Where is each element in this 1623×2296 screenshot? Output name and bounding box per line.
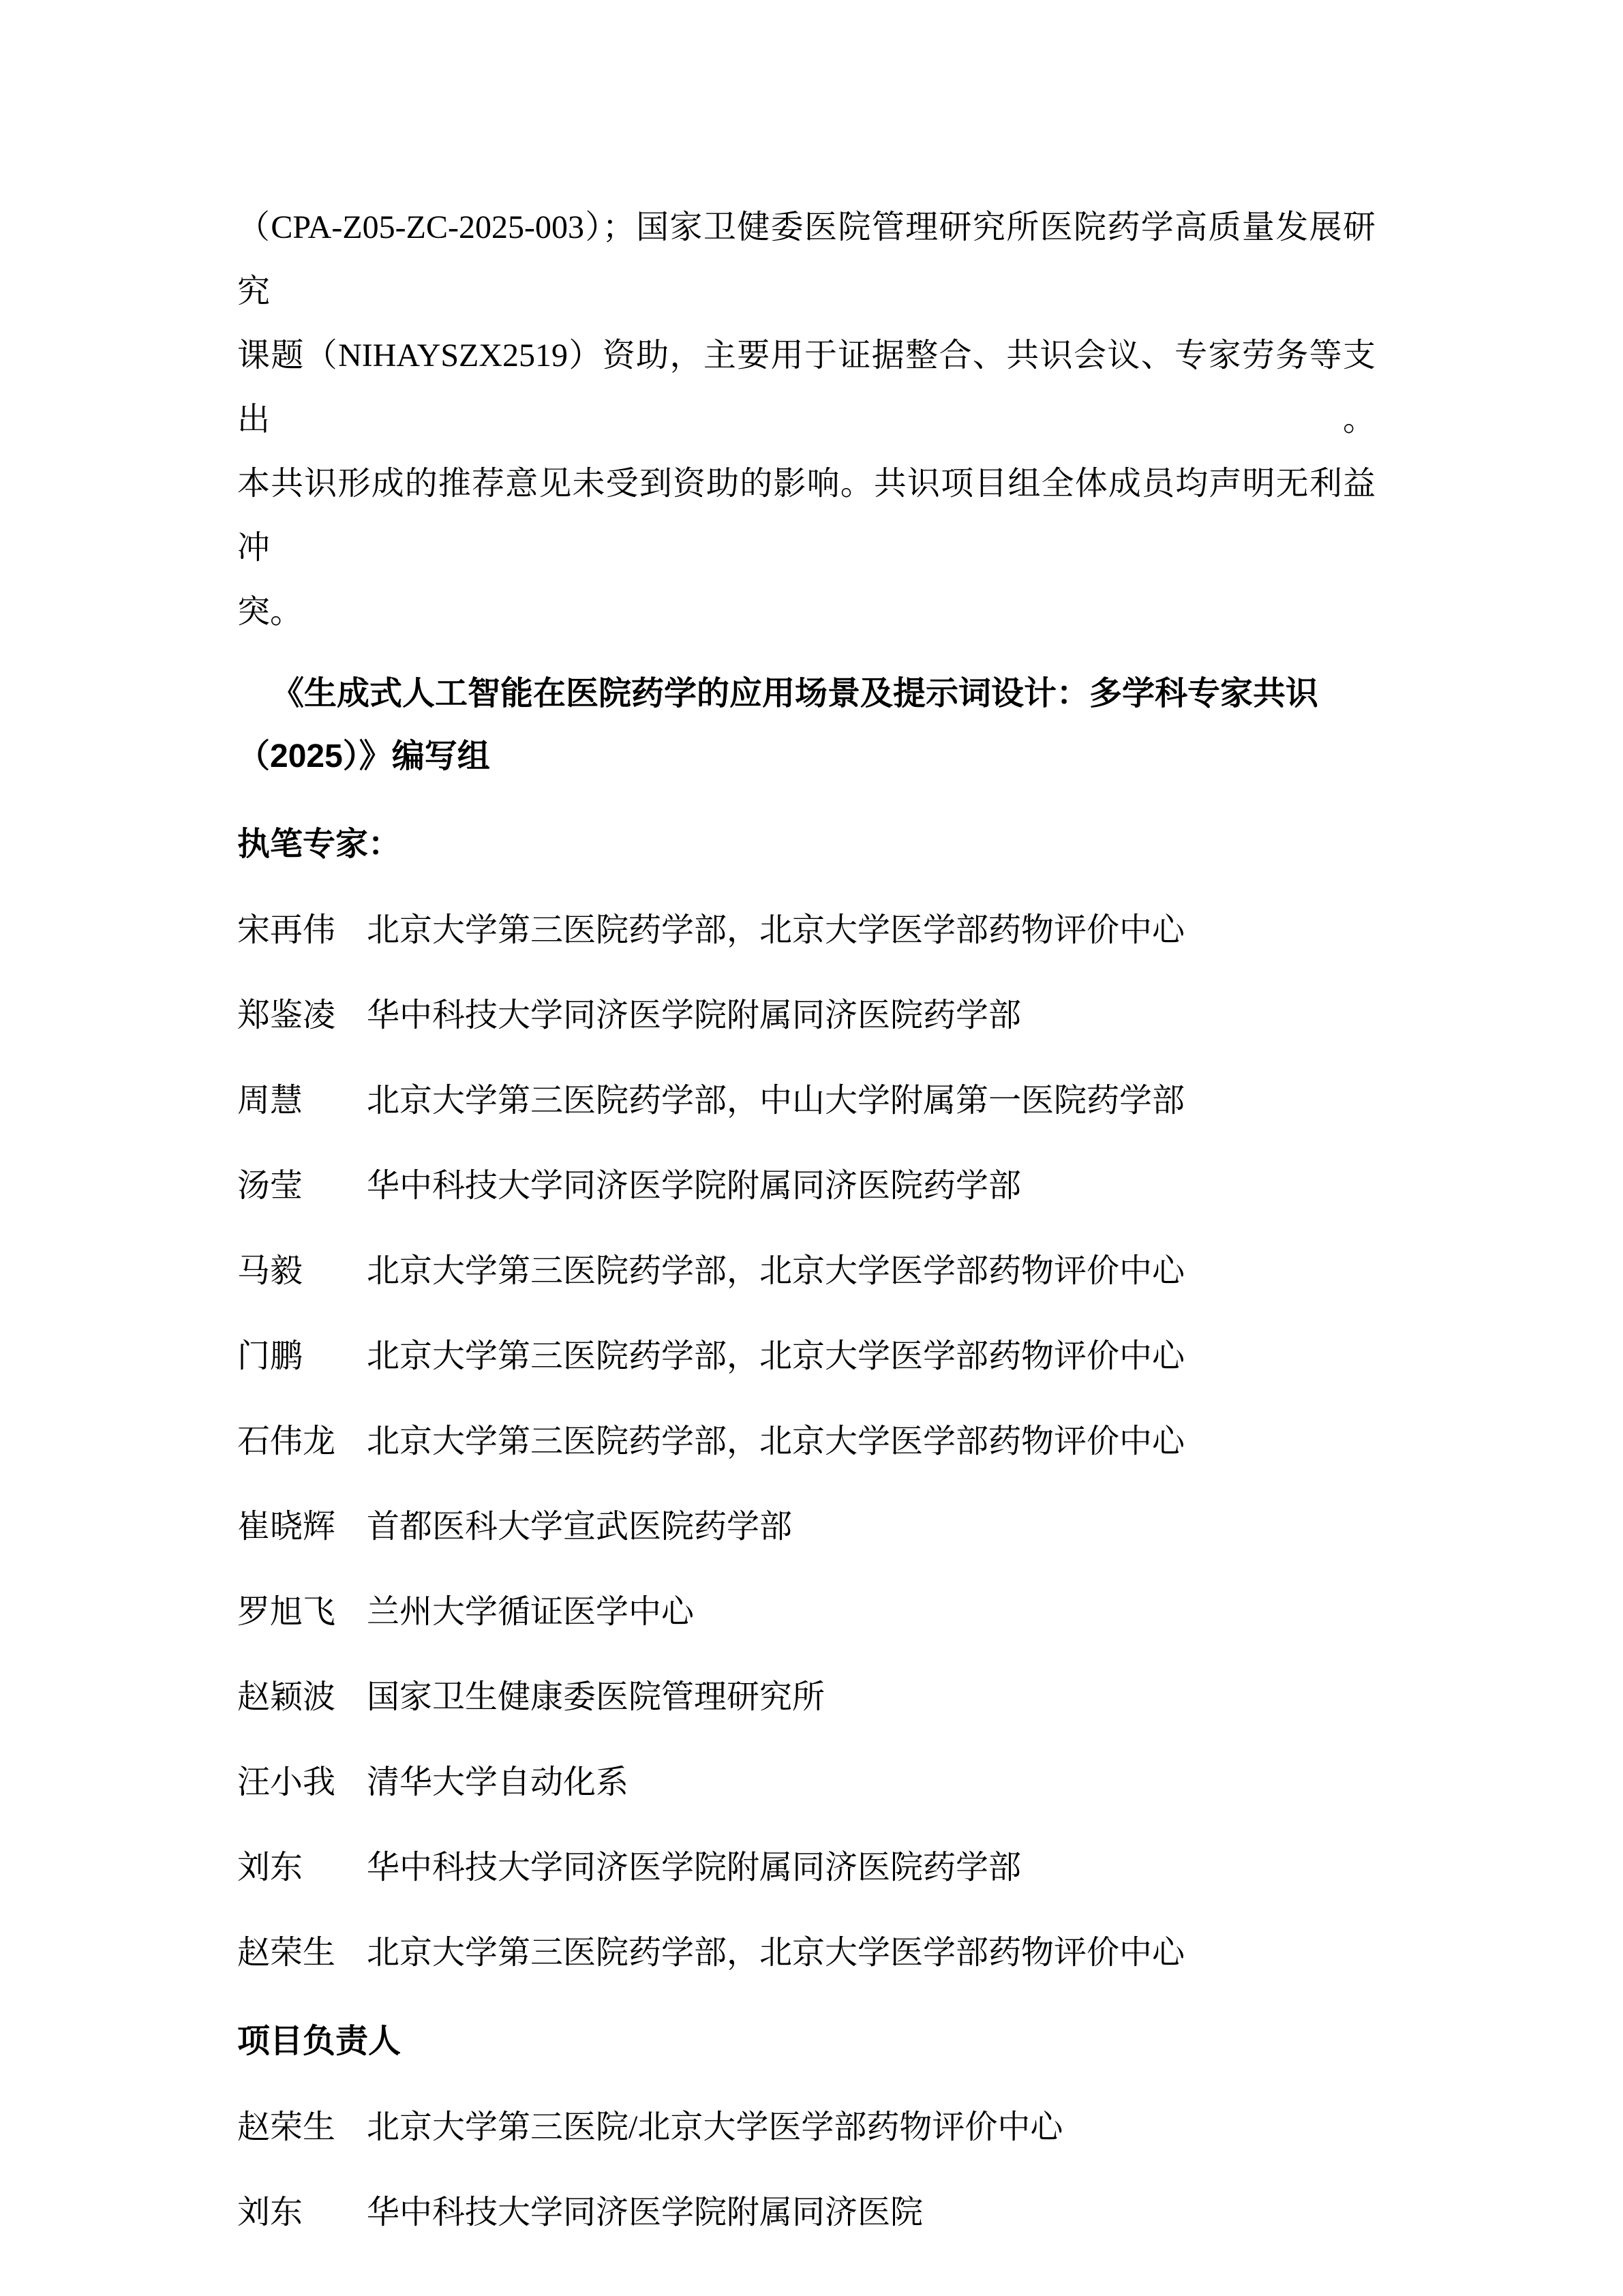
expert-name: 刘东 xyxy=(237,2181,367,2245)
expert-row: 马毅 北京大学第三医院药学部，北京大学医学部药物评价中心 xyxy=(237,1239,1376,1303)
section-heading-project-leads: 项目负责人 xyxy=(237,2010,1376,2074)
expert-list-authors: 宋再伟 北京大学第三医院药学部，北京大学医学部药物评价中心 郑鉴凌 华中科技大学… xyxy=(237,898,1376,1985)
expert-name: 赵颖波 xyxy=(237,1665,367,1729)
expert-name: 赵荣生 xyxy=(237,2096,367,2160)
expert-affiliation: 国家卫生健康委医院管理研究所 xyxy=(367,1665,1376,1729)
expert-row: 赵荣生 北京大学第三医院/北京大学医学部药物评价中心 xyxy=(237,2096,1376,2160)
expert-affiliation: 清华大学自动化系 xyxy=(367,1751,1376,1815)
document-page: （CPA-Z05-ZC-2025-003）；国家卫健委医院管理研究所医院药学高质… xyxy=(0,0,1623,2296)
expert-name: 罗旭飞 xyxy=(237,1580,367,1644)
expert-row: 宋再伟 北京大学第三医院药学部，北京大学医学部药物评价中心 xyxy=(237,898,1376,963)
expert-affiliation: 华中科技大学同济医学院附属同济医院药学部 xyxy=(367,1154,1376,1218)
expert-affiliation: 首都医科大学宣武医院药学部 xyxy=(367,1495,1376,1559)
expert-row: 石伟龙 北京大学第三医院药学部，北京大学医学部药物评价中心 xyxy=(237,1410,1376,1474)
expert-affiliation: 北京大学第三医院药学部，中山大学附属第一医院药学部 xyxy=(367,1069,1376,1133)
expert-affiliation: 兰州大学循证医学中心 xyxy=(367,1580,1376,1644)
expert-name: 宋再伟 xyxy=(237,898,367,963)
expert-row: 汪小我 清华大学自动化系 xyxy=(237,1751,1376,1815)
expert-row: 汤莹 华中科技大学同济医学院附属同济医院药学部 xyxy=(237,1154,1376,1218)
expert-name: 崔晓辉 xyxy=(237,1495,367,1559)
expert-row: 赵颖波 国家卫生健康委医院管理研究所 xyxy=(237,1665,1376,1729)
paragraph-line: 本共识形成的推荐意见未受到资助的影响。共识项目组全体成员均声明无利益冲 xyxy=(237,452,1376,580)
expert-name: 赵荣生 xyxy=(237,1921,367,1985)
writing-group-title-line: （2025）》编写组 xyxy=(237,725,1376,788)
paragraph-line: 突。 xyxy=(237,580,1376,644)
expert-row: 赵荣生 北京大学第三医院药学部，北京大学医学部药物评价中心 xyxy=(237,1921,1376,1985)
expert-name: 石伟龙 xyxy=(237,1410,367,1474)
writing-group-title: 《生成式人工智能在医院药学的应用场景及提示词设计：多学科专家共识 （2025）》… xyxy=(237,663,1376,788)
writing-group-title-line: 《生成式人工智能在医院药学的应用场景及提示词设计：多学科专家共识 xyxy=(237,663,1376,725)
paragraph-line: 课题（NIHAYSZX2519）资助，主要用于证据整合、共识会议、专家劳务等支出… xyxy=(237,324,1376,452)
expert-row: 崔晓辉 首都医科大学宣武医院药学部 xyxy=(237,1495,1376,1559)
expert-name: 汪小我 xyxy=(237,1751,367,1815)
expert-affiliation: 北京大学第三医院药学部，北京大学医学部药物评价中心 xyxy=(367,1410,1376,1474)
expert-affiliation: 北京大学第三医院药学部，北京大学医学部药物评价中心 xyxy=(367,1921,1376,1985)
expert-name: 门鹏 xyxy=(237,1325,367,1389)
expert-row: 周慧 北京大学第三医院药学部，中山大学附属第一医院药学部 xyxy=(237,1069,1376,1133)
expert-list-project-leads: 赵荣生 北京大学第三医院/北京大学医学部药物评价中心 刘东 华中科技大学同济医学… xyxy=(237,2096,1376,2245)
paragraph-line: （CPA-Z05-ZC-2025-003）；国家卫健委医院管理研究所医院药学高质… xyxy=(237,196,1376,324)
expert-affiliation: 华中科技大学同济医学院附属同济医院药学部 xyxy=(367,984,1376,1048)
section-heading-authors: 执笔专家： xyxy=(237,813,1376,877)
expert-row: 刘东 华中科技大学同济医学院附属同济医院药学部 xyxy=(237,1836,1376,1900)
expert-affiliation: 华中科技大学同济医学院附属同济医院药学部 xyxy=(367,1836,1376,1900)
expert-affiliation: 华中科技大学同济医学院附属同济医院 xyxy=(367,2181,1376,2245)
expert-affiliation: 北京大学第三医院/北京大学医学部药物评价中心 xyxy=(367,2096,1376,2160)
expert-name: 郑鉴凌 xyxy=(237,984,367,1048)
expert-name: 汤莹 xyxy=(237,1154,367,1218)
expert-name: 马毅 xyxy=(237,1239,367,1303)
expert-name: 刘东 xyxy=(237,1836,367,1900)
expert-affiliation: 北京大学第三医院药学部，北京大学医学部药物评价中心 xyxy=(367,1325,1376,1389)
expert-affiliation: 北京大学第三医院药学部，北京大学医学部药物评价中心 xyxy=(367,1239,1376,1303)
expert-row: 门鹏 北京大学第三医院药学部，北京大学医学部药物评价中心 xyxy=(237,1325,1376,1389)
expert-row: 郑鉴凌 华中科技大学同济医学院附属同济医院药学部 xyxy=(237,984,1376,1048)
funding-paragraph: （CPA-Z05-ZC-2025-003）；国家卫健委医院管理研究所医院药学高质… xyxy=(237,196,1376,644)
expert-row: 罗旭飞 兰州大学循证医学中心 xyxy=(237,1580,1376,1644)
expert-name: 周慧 xyxy=(237,1069,367,1133)
expert-affiliation: 北京大学第三医院药学部，北京大学医学部药物评价中心 xyxy=(367,898,1376,963)
expert-row: 刘东 华中科技大学同济医学院附属同济医院 xyxy=(237,2181,1376,2245)
